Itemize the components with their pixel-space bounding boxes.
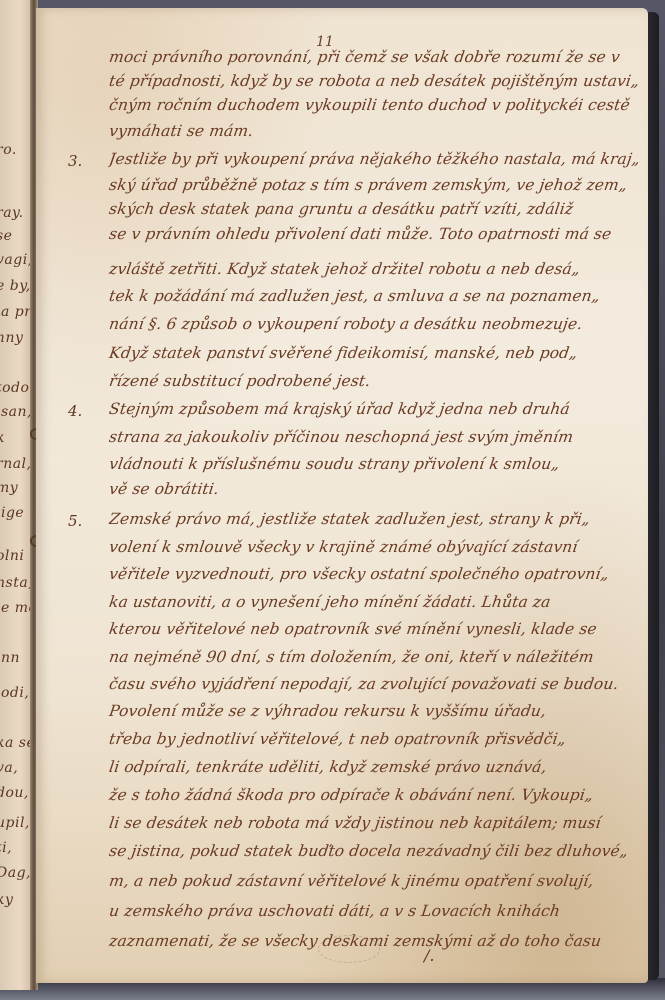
text-line: Jestliže by při vykoupení práva nějakého… (108, 150, 646, 168)
text-line: li se desátek neb robota má vždy jistino… (108, 814, 646, 832)
text-line: vládnouti k příslušnému soudu strany při… (108, 455, 646, 473)
left-page-text-fragment: k (0, 430, 5, 446)
left-page-text-fragment: ka se, (0, 735, 34, 751)
left-page-text-fragment: lodi, (0, 685, 29, 701)
text-line: řízené substitucí podrobené jest. (108, 372, 646, 390)
text-line: moci právního porovnání, při čemž se vša… (108, 48, 646, 66)
text-line: třeba by jednotliví věřitelové, t neb op… (108, 730, 646, 748)
left-page-text-fragment: vagi, (0, 252, 33, 268)
text-line: čným ročním duchodem vykoupili tento duc… (108, 96, 646, 114)
text-line: se jistina, pokud statek buďto docela ne… (108, 842, 646, 860)
left-page-text-fragment: le me, (0, 600, 34, 616)
left-page-text-fragment: olni (0, 548, 24, 564)
text-line: ských desk statek pana gruntu a desátku … (108, 200, 646, 218)
text-line: věřitele vyzvednouti, pro všecky ostatní… (108, 565, 646, 583)
text-line: času svého vyjádření nepodají, za zvoluj… (108, 675, 646, 693)
left-page-text-fragment: nsta, (0, 575, 33, 591)
left-page-text-fragment: va, (0, 760, 18, 776)
end-mark: /. (424, 946, 434, 965)
text-line: vě se obrátiti. (108, 480, 646, 498)
left-page-text-fragment: Dag, (0, 865, 31, 881)
text-line: kterou věřitelové neb opatrovník své mín… (108, 620, 646, 638)
text-line: té případnosti, když by se robota a neb … (108, 72, 646, 90)
text-line: tek k požádání má zadlužen jest, a smluv… (108, 287, 646, 305)
left-page-text-fragment: todo (0, 380, 29, 396)
text-line: Stejným způsobem má krajský úřad když je… (108, 400, 646, 418)
text-line: li odpírali, tenkráte uděliti, když zems… (108, 758, 646, 776)
text-line: ka ustanoviti, a o vynešení jeho mínění … (108, 593, 646, 611)
left-page-text-fragment: se (0, 228, 12, 244)
left-page-text-fragment: inn (0, 650, 20, 666)
text-line: Když statek panství svěřené fideikomisí,… (108, 344, 646, 362)
paragraph-number: 4. (68, 402, 82, 420)
left-page-text-fragment: hny (0, 330, 23, 346)
left-page-text-fragment: isan, (0, 404, 32, 420)
left-page-text-fragment: ro. (0, 142, 17, 158)
text-line: strana za jakoukoliv příčinou neschopná … (108, 428, 646, 446)
text-line: Povolení může se z výhradou rekursu k vy… (108, 702, 646, 720)
text-line: Zemské právo má, jestliže statek zadluže… (108, 510, 646, 528)
text-line: zvláště zetřiti. Když statek jehož držit… (108, 260, 646, 278)
text-line: nání §. 6 způsob o vykoupení roboty a de… (108, 315, 646, 333)
left-page-text-fragment: ray. (0, 205, 24, 221)
paragraph-number: 3. (68, 152, 82, 170)
library-stamp (318, 935, 380, 963)
text-line: vymáhati se mám. (108, 122, 646, 140)
left-page-text-fragment: my (0, 480, 18, 496)
left-page-text-fragment: rnal, (0, 456, 31, 472)
left-page-text-fragment: upil, (0, 815, 30, 831)
left-page-text-fragment: ti, (0, 840, 12, 856)
left-page-text-fragment: lige (0, 505, 24, 521)
left-page-text-fragment: dou, (0, 785, 29, 801)
left-page-text-fragment: e by, (0, 278, 31, 294)
text-line: volení k smlouvě všecky v krajině známé … (108, 538, 646, 556)
left-page-text-fragment: la pr. (0, 304, 34, 320)
left-page-text-fragment: ky (0, 892, 13, 908)
text-line: u zemského práva uschovati dáti, a v s L… (108, 902, 646, 920)
paragraph-number: 5. (68, 512, 82, 530)
text-line: že s toho žádná škoda pro odpírače k obá… (108, 786, 646, 804)
text-line: na nejméně 90 dní, s tím doložením, že o… (108, 648, 646, 666)
text-line: m, a neb pokud zástavní věřitelové k jin… (108, 872, 646, 890)
text-line: se v právním ohledu přivolení dati může.… (108, 225, 646, 243)
left-page-fragment: ro.ray.sevagi,e by,la pr.hnytodoisan,krn… (0, 0, 34, 990)
text-line: ský úřad průběžně potaz s tím s právem z… (108, 176, 646, 194)
